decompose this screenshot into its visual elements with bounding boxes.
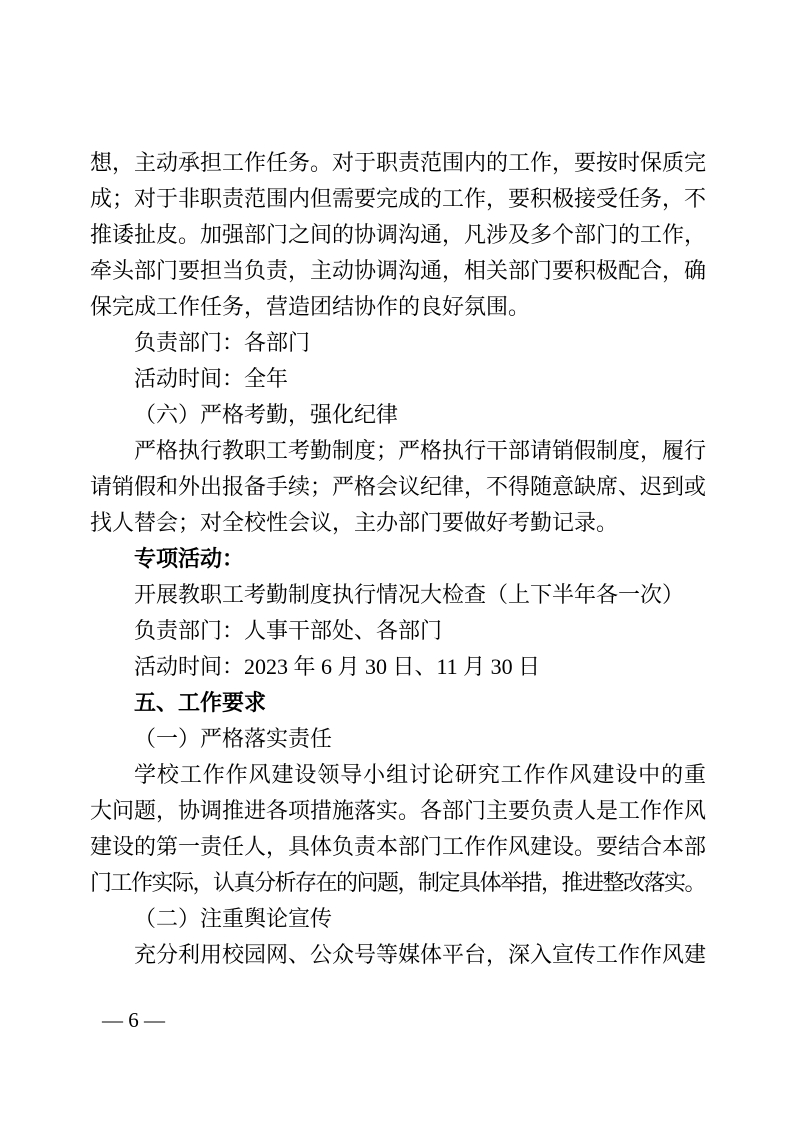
heading-item-6: （六）严格考勤，强化纪律	[90, 397, 706, 433]
body-line: 建设的第一责任人，具体负责本部门工作作风建设。要结合本部	[90, 829, 706, 865]
heading-item-1: （一）严格落实责任	[90, 721, 706, 757]
body-line: 门工作实际，认真分析存在的问题，制定具体举措，推进整改落实。	[90, 865, 706, 901]
responsible-dept-line: 负责部门：各部门	[90, 325, 706, 361]
body-line: 严格执行教职工考勤制度；严格执行干部请销假制度，履行	[90, 433, 706, 469]
special-activities-heading: 专项活动：	[90, 541, 706, 577]
body-line: 充分利用校园网、公众号等媒体平台，深入宣传工作作风建	[90, 937, 706, 973]
body-line: 牵头部门要担当负责，主动协调沟通，相关部门要积极配合，确	[90, 253, 706, 289]
body-line: 找人替会；对全校性会议，主办部门要做好考勤记录。	[90, 505, 706, 541]
page-number: — 6 —	[102, 1007, 165, 1033]
activity-time-line: 活动时间：全年	[90, 361, 706, 397]
body-line: 保完成工作任务，营造团结协作的良好氛围。	[90, 289, 706, 325]
special-activity-desc-line: 开展教职工考勤制度执行情况大检查（上下半年各一次）	[90, 577, 706, 613]
responsible-dept-line: 负责部门：人事干部处、各部门	[90, 613, 706, 649]
body-line: 成；对于非职责范围内但需要完成的工作，要积极接受任务，不	[90, 181, 706, 217]
body-line: 想，主动承担工作任务。对于职责范围内的工作，要按时保质完	[90, 145, 706, 181]
body-line: 大问题，协调推进各项措施落实。各部门主要负责人是工作作风	[90, 793, 706, 829]
document-body: 想，主动承担工作任务。对于职责范围内的工作，要按时保质完 成；对于非职责范围内但…	[90, 145, 706, 973]
document-page: 想，主动承担工作任务。对于职责范围内的工作，要按时保质完 成；对于非职责范围内但…	[0, 0, 794, 1123]
body-line: 推诿扯皮。加强部门之间的协调沟通，凡涉及多个部门的工作，	[90, 217, 706, 253]
heading-item-2: （二）注重舆论宣传	[90, 901, 706, 937]
body-line: 学校工作作风建设领导小组讨论研究工作作风建设中的重	[90, 757, 706, 793]
section-5-heading: 五、工作要求	[90, 685, 706, 721]
body-line: 请销假和外出报备手续；严格会议纪律，不得随意缺席、迟到或	[90, 469, 706, 505]
activity-time-line: 活动时间：2023 年 6 月 30 日、11 月 30 日	[90, 649, 706, 685]
